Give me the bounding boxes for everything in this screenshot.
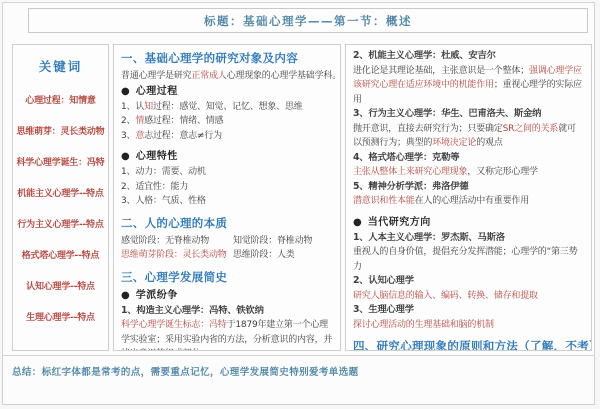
- content-line: 三、心理学发展简史: [121, 269, 333, 286]
- right-column: 2、机能主义心理学：杜威、安吉尔进化论是其理论基础，主张意识是一个整体；强调心理…: [345, 44, 592, 351]
- middle-column-content: 一、基础心理学的研究对象及内容普通心理学是研究正常成人心理现象的心理学基础学科。…: [121, 50, 333, 351]
- content-line: 二、人的心理的本质: [121, 215, 333, 232]
- keyword-item: 认知心理学--特点: [13, 279, 108, 292]
- content-line: 5、精神分析学派：弗洛伊德: [353, 180, 584, 195]
- content-line: 感觉阶段：无脊椎动物知觉阶段：脊椎动物: [121, 234, 333, 249]
- page-title: 标题：基础心理学——第一节：概述: [204, 13, 412, 29]
- content-line: 普通心理学是研究正常成人心理现象的心理学基础学科。: [121, 69, 333, 84]
- content-line: 2、情感过程：情绪、情感: [121, 114, 333, 129]
- content-line: 1、人本主义心理学：罗杰斯、马斯洛: [353, 231, 584, 246]
- content-line: 潜意识和性本能在人的心理活动中有重要作用: [353, 194, 584, 209]
- content-line: 2、认知心理学: [353, 274, 584, 289]
- summary-box: 总结：标红字体都是常考的点，需要重点记忆，心理学发展简史特别爱考单选题: [2, 355, 595, 405]
- title-box: 标题：基础心理学——第一节：概述: [28, 8, 588, 33]
- keyword-item: 心理过程：知情意: [13, 93, 108, 106]
- keyword-item: 格式塔心理学--特点: [13, 248, 108, 261]
- content-line: ● 学派纷争: [121, 288, 333, 304]
- content-line: 进化论是其理论基础，主张意识是一个整体；强调心理学应该研究心理在适应环境中的机能…: [353, 64, 584, 108]
- keyword-item: 科学心理学诞生：冯特: [13, 155, 108, 168]
- content-line: 3、生理心理学: [353, 303, 584, 318]
- summary-text: 总结：标红字体都是常考的点，需要重点记忆，心理学发展简史特别爱考单选题: [12, 364, 359, 378]
- keyword-item: 思维萌芽：灵长类动物: [13, 124, 108, 137]
- content-line: 研究人脑信息的输入、编码、转换、储存和提取: [353, 289, 584, 304]
- content-line: 2、机能主义心理学：杜威、安吉尔: [353, 49, 584, 64]
- content-line: 主张从整体上来研究心理现象，又称完形心理学: [353, 165, 584, 180]
- middle-column: 一、基础心理学的研究对象及内容普通心理学是研究正常成人心理现象的心理学基础学科。…: [113, 44, 341, 351]
- content-line: 3、人格：气质、性格: [121, 194, 333, 209]
- keywords-header: 关键词: [13, 57, 108, 75]
- content-line: 探讨心理活动的生理基础和脑的机制: [353, 318, 584, 333]
- content-line: 一、基础心理学的研究对象及内容: [121, 50, 333, 67]
- keyword-item: 生理心理学--特点: [13, 310, 108, 323]
- content-line: 3、意志过程：意志≠行为: [121, 129, 333, 144]
- content-line: ● 心理特性: [121, 149, 333, 165]
- content-line: 1、认知过程：感觉、知觉、记忆、想象、思维: [121, 100, 333, 115]
- content-line: 四、研究心理现象的原则和方法（了解，不考）: [353, 338, 584, 351]
- content-line: 4、格式塔心理学：克勒等: [353, 151, 584, 166]
- keywords-panel: 关键词 心理过程：知情意思维萌芽：灵长类动物科学心理学诞生：冯特机能主义心理学-…: [12, 44, 109, 351]
- content-line: 1、构造主义心理学：冯特、铁钦纳: [121, 304, 333, 319]
- keyword-item: 机能主义心理学--特点: [13, 186, 108, 199]
- keyword-item: 行为主义心理学--特点: [13, 217, 108, 230]
- content-line: 重视人的自身价值，提倡充分发挥潜能；心理学的“第三势力: [353, 245, 584, 274]
- right-column-content: 2、机能主义心理学：杜威、安吉尔进化论是其理论基础，主张意识是一个整体；强调心理…: [353, 49, 584, 351]
- content-line: 2、适宜性：能力: [121, 180, 333, 195]
- content-line: 科学心理学诞生标志：冯特于1879年建立第一个心理学实验室；采用实验内省的方法，…: [121, 318, 333, 351]
- content-line: ● 当代研究方向: [353, 215, 584, 231]
- content-line: 抛开意识，直接去研究行为；只要确定SR之间的关系就可以预测行为；典型的环境决定论…: [353, 122, 584, 151]
- content-line: 3、行为主义心理学：华生、巴甫洛夫、斯金纳: [353, 107, 584, 122]
- keywords-list: 心理过程：知情意思维萌芽：灵长类动物科学心理学诞生：冯特机能主义心理学--特点行…: [13, 93, 108, 323]
- content-line: ● 心理过程: [121, 84, 333, 100]
- content-line: 1、动力：需要、动机: [121, 165, 333, 180]
- content-line: 思维萌芽阶段：灵长类动物思维阶段：人类: [121, 248, 333, 263]
